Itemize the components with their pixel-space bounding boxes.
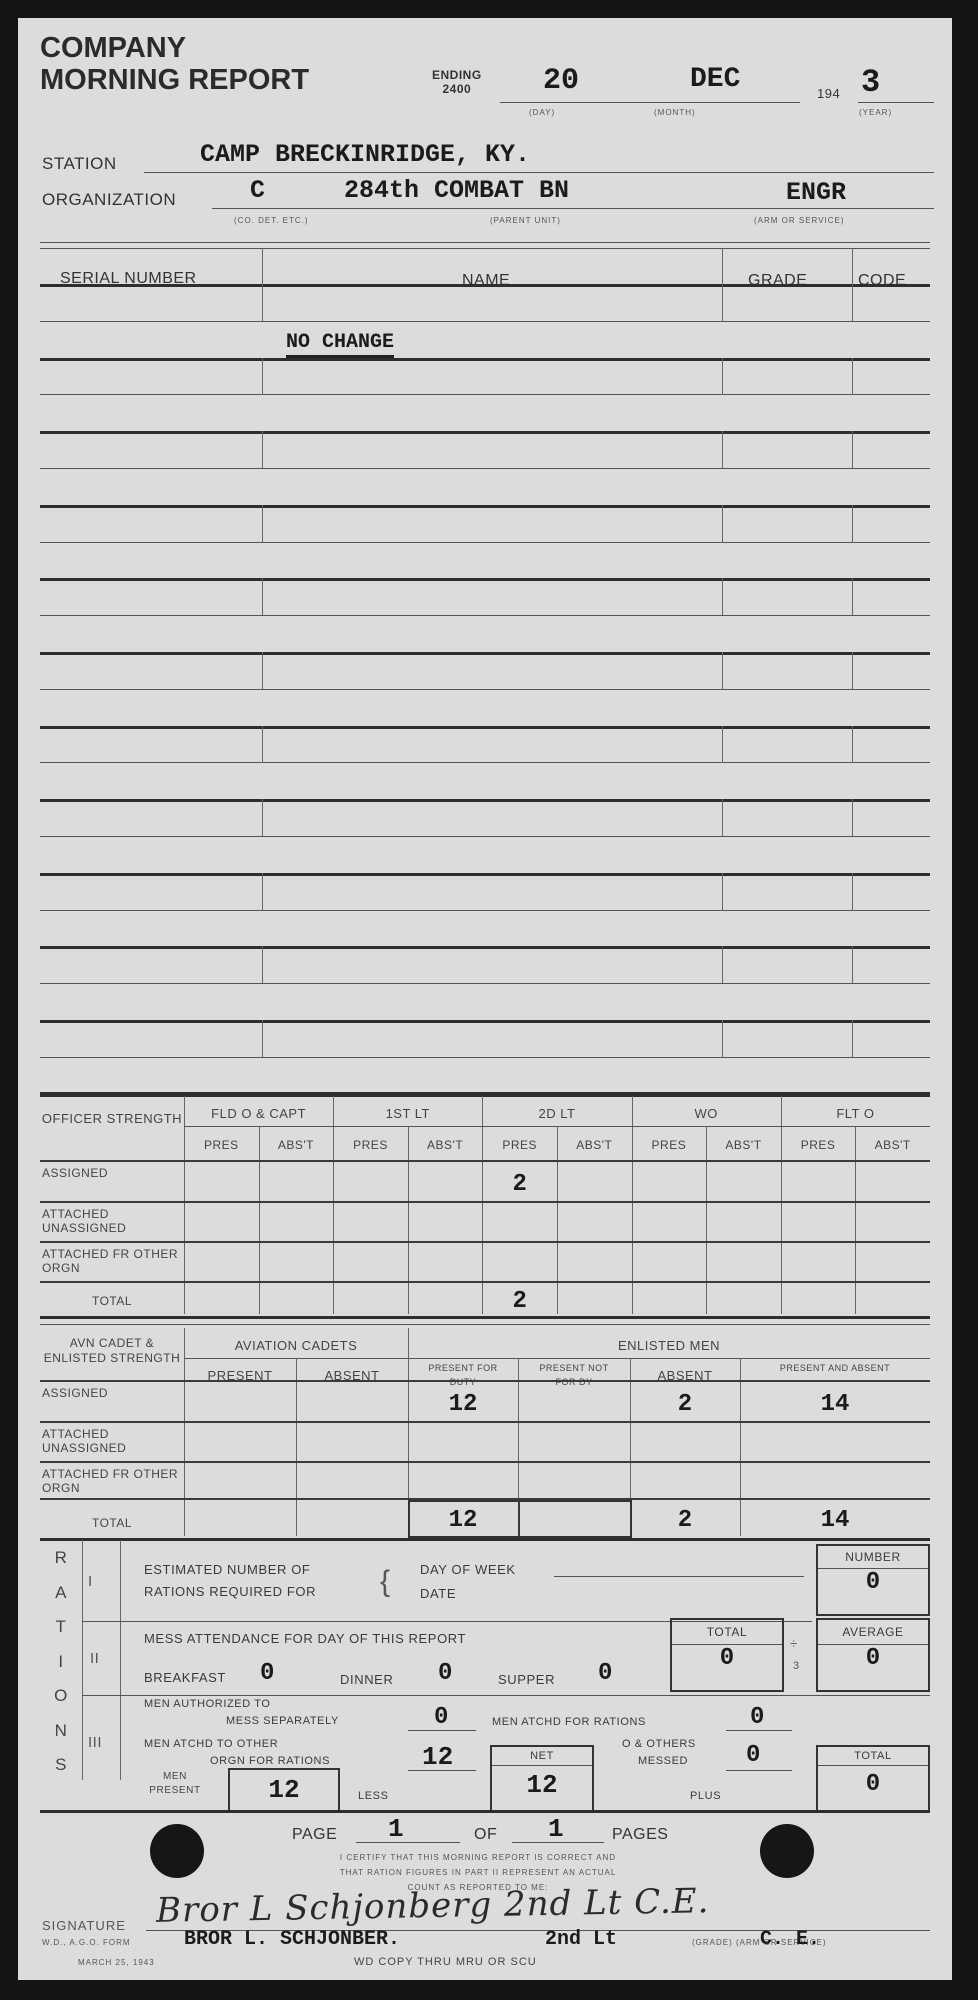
rations-total-box: TOTAL 0 [816,1745,930,1812]
officer-subheader: ABS'T [408,1138,483,1152]
officer-group-header: FLT O [781,1106,930,1121]
net-label: NET [492,1747,592,1766]
officer-row-label: TOTAL [42,1294,182,1308]
officer-row-rule [40,1160,930,1162]
enlisted-cell[interactable] [184,1384,296,1421]
part1-line2: RATIONS REQUIRED FOR [144,1584,316,1599]
signature-label: SIGNATURE [42,1918,126,1933]
roster-entry-name: NO CHANGE [286,331,394,358]
form-title: COMPANY MORNING REPORT [40,32,309,96]
divide-symbol: ÷ [790,1636,798,1651]
report-year-digit: 3 [861,64,880,101]
men-present-label: MEN PRESENT [136,1770,214,1798]
officer-bottom-rule [40,1316,930,1319]
rations-letter: T [40,1617,82,1637]
men-present-value: 12 [230,1770,338,1810]
officer-row-label: ATTACHED FR OTHER ORGN [42,1247,182,1275]
officer-cell[interactable] [706,1164,781,1201]
roster-rows[interactable] [40,284,930,1094]
atchd-rations-label: MEN ATCHD FOR RATIONS [492,1716,646,1728]
form-title-line2: MORNING REPORT [40,64,309,96]
enlisted-cell[interactable] [296,1425,408,1461]
enlisted-cell[interactable] [630,1425,740,1461]
officer-cell[interactable] [259,1285,334,1314]
station-underline [144,172,934,173]
enlisted-strength-title: AVN CADET & ENLISTED STRENGTH [40,1336,184,1366]
typed-grade: 2nd Lt [545,1928,617,1951]
officer-cell[interactable] [632,1245,707,1281]
average-label: AVERAGE [818,1620,928,1645]
ending-label: ENDING 2400 [432,68,482,96]
officer-row-rule [40,1201,930,1203]
pages-label: PAGES [612,1826,668,1844]
officer-cell[interactable]: 2 [482,1164,557,1201]
officer-subheader: PRES [632,1138,707,1152]
officer-cell[interactable] [184,1164,259,1201]
officer-cell[interactable] [557,1285,632,1314]
rations-divider-2 [120,1540,121,1780]
enlisted-cell[interactable]: 2 [630,1384,740,1421]
officer-cell[interactable] [706,1205,781,1241]
enlisted-men-header: ENLISTED MEN [408,1338,930,1353]
arm-value: ENGR [786,178,846,207]
parent-unit-value: 284th COMBAT BN [344,176,569,205]
of-label: OF [474,1826,497,1844]
year-caption: (YEAR) [859,108,892,117]
officer-row-label: ASSIGNED [42,1166,182,1180]
rations-part2-rule [82,1695,930,1696]
authorized-line1: MEN AUTHORIZED TO [144,1698,271,1710]
mess-total-box: TOTAL 0 [670,1618,784,1692]
dinner-value: 0 [438,1660,452,1687]
rations-total-value: 0 [818,1766,928,1804]
supper-label: SUPPER [498,1672,555,1687]
officer-cell[interactable] [781,1164,856,1201]
station-label: STATION [42,154,117,174]
rations-divider-1 [82,1540,83,1780]
handwritten-signature: Bror L Schjonberg 2nd Lt C.E. [156,1881,710,1931]
authorized-value: 0 [434,1704,448,1731]
total-present-box-divider [518,1500,520,1536]
organization-underline [212,208,934,209]
officer-cell[interactable] [855,1285,930,1314]
enlisted-row-rule [40,1380,930,1382]
officer-subheader: PRES [333,1138,408,1152]
officer-group-header: 2D LT [482,1106,631,1121]
atchd-rations-value: 0 [750,1704,764,1731]
part3-numeral: III [88,1734,102,1751]
officer-subheader: ABS'T [259,1138,334,1152]
officer-subheader: ABS'T [855,1138,930,1152]
less-label: LESS [358,1790,389,1802]
day-caption: (DAY) [529,108,555,117]
rations-letter: O [40,1686,82,1706]
officer-cell[interactable] [184,1205,259,1241]
enlisted-row-label: ATTACHED FR OTHER ORGN [42,1467,182,1495]
roster-col-divider [722,248,723,284]
part2-numeral: II [90,1650,99,1667]
officer-bottom-rule-2 [40,1324,930,1325]
officer-cell[interactable] [333,1285,408,1314]
enlisted-row-rule [40,1461,930,1463]
enlisted-cell[interactable] [518,1465,630,1498]
officer-subheader: ABS'T [557,1138,632,1152]
officer-cell[interactable] [781,1205,856,1241]
officer-row-rule [40,1241,930,1243]
officers-line2: MESSED [638,1755,688,1767]
officer-cell[interactable] [482,1205,557,1241]
plus-label: PLUS [690,1790,721,1802]
breakfast-value: 0 [260,1660,274,1687]
officer-top-rule [40,1092,930,1095]
punch-hole-left [150,1824,204,1878]
divide-by: 3 [793,1660,800,1672]
atchd-other-value: 12 [422,1742,453,1772]
enlisted-cell[interactable] [184,1502,296,1536]
rations-top-rule [40,1538,930,1541]
rations-total-label: TOTAL [818,1747,928,1766]
officers-value: 0 [746,1742,760,1769]
officer-cell[interactable] [706,1245,781,1281]
co-caption: (CO. DET. ETC.) [234,216,309,225]
rations-letter: R [40,1548,82,1568]
officer-subheader: PRES [482,1138,557,1152]
men-present-line2: PRESENT [136,1784,214,1798]
enlisted-cell[interactable] [296,1502,408,1536]
officer-cell[interactable] [408,1164,483,1201]
officer-row-rule [40,1281,930,1283]
page-label: PAGE [292,1826,337,1844]
average-value: 0 [818,1645,928,1672]
officers-line1: O & OTHERS [622,1738,696,1750]
enlisted-row-label: ATTACHED UNASSIGNED [42,1427,182,1455]
officer-cell[interactable] [632,1285,707,1314]
officer-cell[interactable]: 2 [482,1285,557,1314]
certify-line1: I CERTIFY THAT THIS MORNING REPORT IS CO… [238,1850,718,1865]
dinner-label: DINNER [340,1672,393,1687]
officer-strength-title: OFFICER STRENGTH [40,1110,184,1127]
officer-header-rule [184,1126,930,1127]
enlisted-cell[interactable] [184,1465,296,1498]
enlisted-cell[interactable]: 14 [740,1502,930,1536]
number-label: NUMBER [818,1546,928,1569]
total-present-box [408,1500,632,1538]
rations-bottom-rule [40,1810,930,1813]
officer-group-header: FLD O & CAPT [184,1106,333,1121]
enlisted-cell[interactable] [740,1425,930,1461]
aviation-cadets-header: AVIATION CADETS [184,1338,408,1353]
number-box: NUMBER 0 [816,1544,930,1616]
report-month: DEC [690,64,740,95]
officer-cell[interactable] [259,1245,334,1281]
enlisted-cell[interactable]: 14 [740,1384,930,1421]
atchd-other-line2: ORGN FOR RATIONS [210,1755,330,1767]
men-present-line1: MEN [136,1770,214,1784]
authorized-line2: MESS SEPARATELY [226,1715,339,1727]
officer-cell[interactable] [259,1164,334,1201]
report-day: 20 [543,64,579,98]
average-box: AVERAGE 0 [816,1618,930,1692]
officer-cell[interactable] [333,1205,408,1241]
roster-col-divider [262,248,263,284]
enlisted-row-rule [40,1421,930,1423]
form-date: MARCH 25, 1943 [78,1958,155,1967]
enlisted-row-label: TOTAL [42,1516,182,1530]
enlisted-cell[interactable] [630,1465,740,1498]
officer-cell[interactable] [557,1164,632,1201]
enlisted-cell[interactable] [296,1384,408,1421]
officer-subheader: PRES [184,1138,259,1152]
enlisted-cell[interactable] [408,1425,518,1461]
part1-numeral: I [88,1573,93,1590]
net-box: NET 12 [490,1745,594,1812]
rations-letter: I [40,1652,82,1672]
officer-group-header: 1ST LT [333,1106,482,1121]
officer-cell[interactable] [408,1285,483,1314]
enlisted-cell[interactable] [408,1465,518,1498]
enlisted-cell[interactable] [296,1465,408,1498]
arm-caption: (ARM OR SERVICE) [754,216,845,225]
mess-total-value: 0 [672,1645,782,1672]
officer-group-header: WO [632,1106,781,1121]
date-underline [500,102,800,103]
officers-field[interactable] [726,1770,792,1771]
officer-cell[interactable] [557,1205,632,1241]
supper-value: 0 [598,1660,612,1687]
page-value: 1 [388,1814,404,1844]
enlisted-cell[interactable] [518,1425,630,1461]
punch-hole-right [760,1824,814,1878]
rations-letter: A [40,1583,82,1603]
roster-top-rule-2 [40,248,930,249]
year-prefix: 194 [817,86,840,101]
rations-letter: N [40,1721,82,1741]
officer-cell[interactable] [632,1164,707,1201]
officer-cell[interactable] [333,1245,408,1281]
officer-subheader: ABS'T [706,1138,781,1152]
typed-arm: C. E. [760,1928,820,1951]
officer-cell[interactable] [781,1245,856,1281]
part2-title: MESS ATTENDANCE FOR DAY OF THIS REPORT [144,1631,466,1646]
page-field[interactable] [356,1842,460,1843]
breakfast-label: BREAKFAST [144,1670,226,1685]
station-value: CAMP BRECKINRIDGE, KY. [200,140,530,169]
rations-letter: S [40,1755,82,1775]
officer-cell[interactable] [408,1205,483,1241]
parent-caption: (PARENT UNIT) [490,216,561,225]
pages-value: 1 [548,1814,564,1844]
company-value: C [250,176,265,205]
officer-cell[interactable] [482,1245,557,1281]
day-of-week-field[interactable] [554,1576,804,1577]
year-underline [858,102,934,103]
officer-cell[interactable] [333,1164,408,1201]
roster-top-rule [40,242,930,243]
form-title-line1: COMPANY [40,32,309,64]
enlisted-col-header: PRESENT AND ABSENT [740,1361,930,1375]
form-id: W.D., A.G.O. FORM [42,1938,131,1947]
officer-cell[interactable] [632,1205,707,1241]
number-value: 0 [818,1569,928,1596]
brace: { [380,1558,391,1606]
enlisted-cell[interactable] [740,1465,930,1498]
enlisted-cell[interactable]: 2 [630,1502,740,1536]
enlisted-cell[interactable]: 12 [408,1384,518,1421]
organization-label: ORGANIZATION [42,190,176,210]
officer-subheader: PRES [781,1138,856,1152]
officer-cell[interactable] [855,1164,930,1201]
men-present-box: 12 [228,1768,340,1810]
enlisted-cell[interactable] [184,1425,296,1461]
officer-cell[interactable] [706,1285,781,1314]
morning-report-form: COMPANY MORNING REPORT ENDING 2400 20 DE… [18,18,952,1980]
officer-cell[interactable] [557,1245,632,1281]
routing-text: WD COPY THRU MRU OR SCU [354,1956,537,1968]
officer-cell[interactable] [184,1285,259,1314]
roster-col-divider [852,248,853,284]
officer-cell[interactable] [855,1205,930,1241]
officer-cell[interactable] [855,1245,930,1281]
officer-cell[interactable] [259,1205,334,1241]
atchd-other-line1: MEN ATCHD TO OTHER [144,1738,278,1750]
typed-name: BROR L. SCHJONBER. [184,1928,400,1951]
month-caption: (MONTH) [654,108,696,117]
date-label: DATE [420,1586,456,1601]
officer-row-label: ATTACHED UNASSIGNED [42,1207,182,1235]
officer-cell[interactable] [408,1245,483,1281]
ending-time: 2400 [432,82,482,96]
officer-cell[interactable] [781,1285,856,1314]
mess-total-label: TOTAL [672,1620,782,1645]
net-value: 12 [492,1766,592,1804]
ending-text: ENDING [432,68,482,82]
part1-line1: ESTIMATED NUMBER OF [144,1562,310,1577]
day-of-week-label: DAY OF WEEK [420,1562,516,1577]
enlisted-cell[interactable] [518,1384,630,1421]
certify-line2: THAT RATION FIGURES IN PART II REPRESENT… [238,1865,718,1880]
enlisted-row-label: ASSIGNED [42,1386,182,1400]
officer-cell[interactable] [184,1245,259,1281]
